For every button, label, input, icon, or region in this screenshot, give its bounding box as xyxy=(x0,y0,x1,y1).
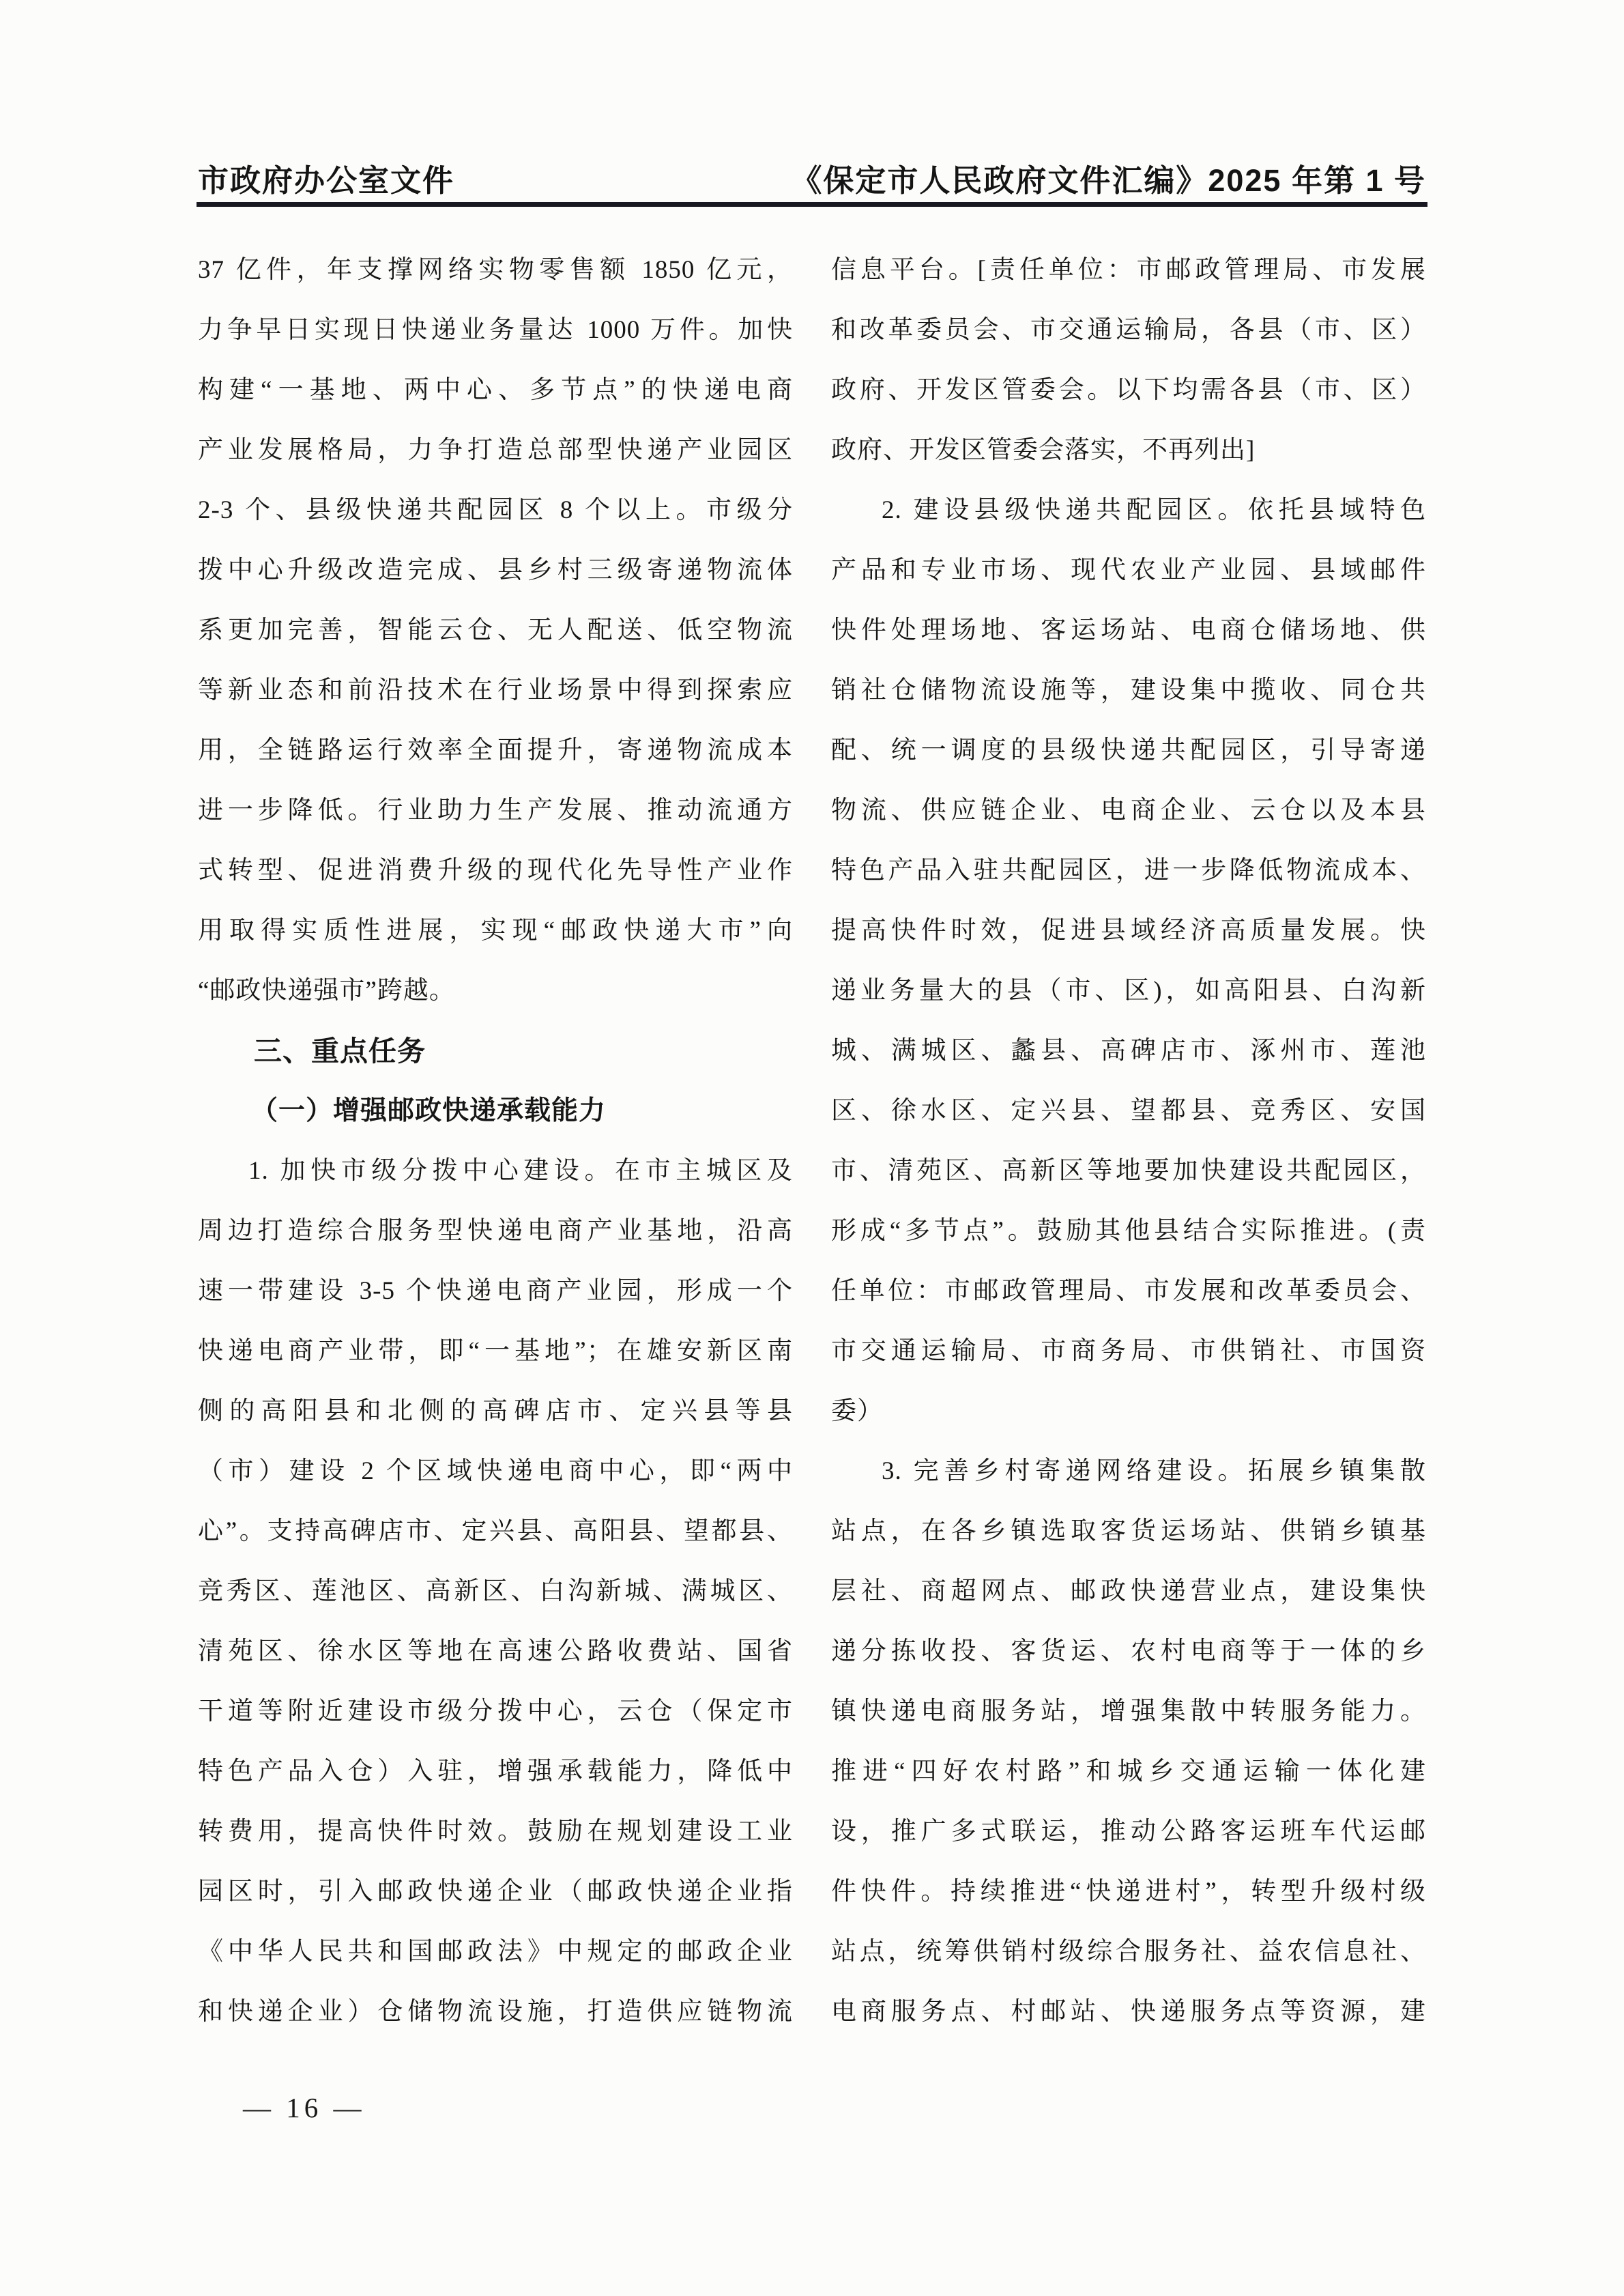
text-line: 信息平台。[责任单位：市邮政管理局、市发展 xyxy=(831,240,1426,300)
header-left-title: 市政府办公室文件 xyxy=(198,156,454,200)
text-line: 干道等附近建设市级分拨中心，云仓（保定市 xyxy=(198,1682,793,1742)
two-column-body: 37 亿件，年支撑网络实物零售额 1850 亿元，力争早日实现日快递业务量达 1… xyxy=(198,240,1426,2042)
text-line: 系更加完善，智能云仓、无人配送、低空物流 xyxy=(198,601,793,661)
text-line: 快递电商产业带，即“一基地”；在雄安新区南 xyxy=(198,1321,793,1381)
left-column: 37 亿件，年支撑网络实物零售额 1850 亿元，力争早日实现日快递业务量达 1… xyxy=(198,240,793,2042)
text-line: 清苑区、徐水区等地在高速公路收费站、国省 xyxy=(198,1622,793,1682)
text-line: 进一步降低。行业助力生产发展、推动流通方 xyxy=(198,781,793,841)
text-line: 形成“多节点”。鼓励其他县结合实际推进。(责 xyxy=(831,1201,1426,1261)
text-line: 心”。支持高碑店市、定兴县、高阳县、望都县、 xyxy=(198,1502,793,1562)
text-line: 拨中心升级改造完成、县乡村三级寄递物流体 xyxy=(198,541,793,601)
text-line: 政府、开发区管委会。以下均需各县（市、区） xyxy=(831,360,1426,420)
text-line: 2-3 个、县级快递共配园区 8 个以上。市级分 xyxy=(198,480,793,541)
text-line: 产业发展格局，力争打造总部型快递产业园区 xyxy=(198,420,793,480)
text-line: “邮政快递强市”跨越。 xyxy=(198,961,793,1021)
text-line: 镇快递电商服务站，增强集散中转服务能力。 xyxy=(831,1682,1426,1742)
text-line: 竞秀区、莲池区、高新区、白沟新城、满城区、 xyxy=(198,1562,793,1622)
text-line: 产品和专业市场、现代农业产业园、县域邮件 xyxy=(831,541,1426,601)
text-line: 构建“一基地、两中心、多节点”的快递电商 xyxy=(198,360,793,420)
text-line: 园区时，引入邮政快递企业（邮政快递企业指 xyxy=(198,1862,793,1922)
text-line: （一）增强邮政快递承载能力 xyxy=(198,1081,793,1141)
text-line: 物流、供应链企业、电商企业、云仓以及本县 xyxy=(831,781,1426,841)
text-line: 快件处理场地、客运场站、电商仓储场地、供 xyxy=(831,601,1426,661)
text-line: 委） xyxy=(831,1381,1426,1441)
text-line: 市、清苑区、高新区等地要加快建设共配园区， xyxy=(831,1141,1426,1201)
text-line: 推进“四好农村路”和城乡交通运输一体化建 xyxy=(831,1742,1426,1802)
text-line: 特色产品入仓）入驻，增强承载能力，降低中 xyxy=(198,1742,793,1802)
text-line: 电商服务点、村邮站、快递服务点等资源，建 xyxy=(831,1982,1426,2042)
text-line: 侧的高阳县和北侧的高碑店市、定兴县等县 xyxy=(198,1381,793,1441)
text-line: 递业务量大的县（市、区)，如高阳县、白沟新 xyxy=(831,961,1426,1021)
text-line: 转费用，提高快件时效。鼓励在规划建设工业 xyxy=(198,1802,793,1862)
text-line: 站点，统筹供销村级综合服务社、益农信息社、 xyxy=(831,1922,1426,1982)
header-right-title: 《保定市人民政府文件汇编》2025 年第 1 号 xyxy=(791,156,1426,200)
text-line: 《中华人民共和国邮政法》中规定的邮政企业 xyxy=(198,1922,793,1982)
text-line: 设，推广多式联运，推动公路客运班车代运邮 xyxy=(831,1802,1426,1862)
text-line: 用取得实质性进展，实现“邮政快递大市”向 xyxy=(198,901,793,961)
text-line: 等新业态和前沿技术在行业场景中得到探索应 xyxy=(198,661,793,721)
text-line: 37 亿件，年支撑网络实物零售额 1850 亿元， xyxy=(198,240,793,300)
text-line: 速一带建设 3-5 个快递电商产业园，形成一个 xyxy=(198,1261,793,1321)
text-line: 销社仓储物流设施等，建设集中揽收、同仓共 xyxy=(831,661,1426,721)
text-line: 和快递企业）仓储物流设施，打造供应链物流 xyxy=(198,1982,793,2042)
text-line: 1. 加快市级分拨中心建设。在市主城区及 xyxy=(198,1141,793,1201)
text-line: 和改革委员会、市交通运输局，各县（市、区） xyxy=(831,300,1426,360)
text-line: 城、满城区、蠡县、高碑店市、涿州市、莲池 xyxy=(831,1021,1426,1081)
right-column: 信息平台。[责任单位：市邮政管理局、市发展和改革委员会、市交通运输局，各县（市、… xyxy=(831,240,1426,2042)
text-line: 周边打造综合服务型快递电商产业基地，沿高 xyxy=(198,1201,793,1261)
text-line: 提高快件时效，促进县域经济高质量发展。快 xyxy=(831,901,1426,961)
text-line: 市交通运输局、市商务局、市供销社、市国资 xyxy=(831,1321,1426,1381)
header-divider xyxy=(197,202,1427,207)
document-page: 市政府办公室文件 《保定市人民政府文件汇编》2025 年第 1 号 37 亿件，… xyxy=(0,0,1624,2296)
text-line: 2. 建设县级快递共配园区。依托县域特色 xyxy=(831,480,1426,541)
text-line: 特色产品入驻共配园区，进一步降低物流成本、 xyxy=(831,841,1426,901)
text-line: 政府、开发区管委会落实，不再列出] xyxy=(831,420,1426,480)
text-line: 任单位：市邮政管理局、市发展和改革委员会、 xyxy=(831,1261,1426,1321)
text-line: 站点，在各乡镇选取客货运场站、供销乡镇基 xyxy=(831,1502,1426,1562)
text-line: 三、重点任务 xyxy=(198,1021,793,1081)
text-line: 3. 完善乡村寄递网络建设。拓展乡镇集散 xyxy=(831,1441,1426,1502)
text-line: 层社、商超网点、邮政快递营业点，建设集快 xyxy=(831,1562,1426,1622)
text-line: 区、徐水区、定兴县、望都县、竞秀区、安国 xyxy=(831,1081,1426,1141)
page-number: — 16 — xyxy=(198,2078,366,2138)
text-line: 用，全链路运行效率全面提升，寄递物流成本 xyxy=(198,721,793,781)
text-line: 递分拣收投、客货运、农村电商等于一体的乡 xyxy=(831,1622,1426,1682)
text-line: 式转型、促进消费升级的现代化先导性产业作 xyxy=(198,841,793,901)
text-line: 件快件。持续推进“快递进村”，转型升级村级 xyxy=(831,1862,1426,1922)
text-line: （市）建设 2 个区域快递电商中心，即“两中 xyxy=(198,1441,793,1502)
page-header: 市政府办公室文件 《保定市人民政府文件汇编》2025 年第 1 号 xyxy=(198,156,1426,200)
text-line: 力争早日实现日快递业务量达 1000 万件。加快 xyxy=(198,300,793,360)
text-line: 配、统一调度的县级快递共配园区，引导寄递 xyxy=(831,721,1426,781)
